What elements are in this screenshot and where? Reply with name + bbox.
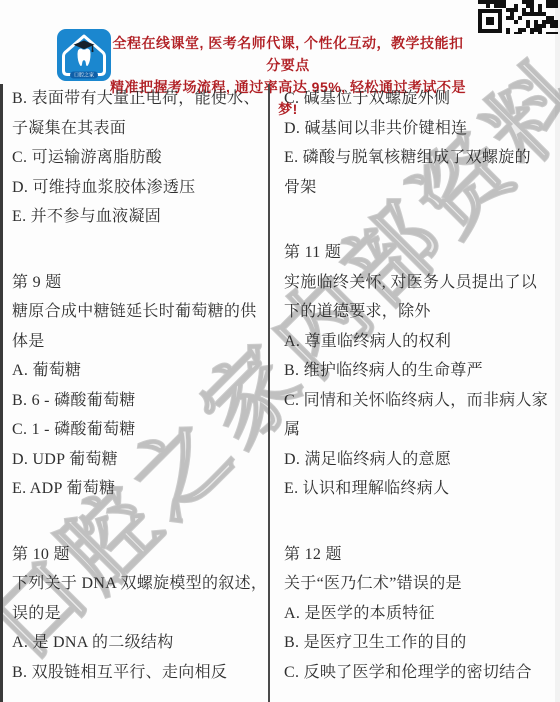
header-banner: 口腔之家 全程在线课堂, 医考名师代课, 个性化互动，教学技能扣分要点 精准把握…: [0, 0, 560, 85]
tooth-graduation-cap-logo-icon: 口腔之家: [57, 29, 111, 81]
question-line: 误的是: [12, 599, 260, 629]
question-line: 糖原合成中糖链延长时葡萄糖的供: [12, 297, 260, 327]
question-line: 实施临终关怀, 对医务人员提出了以: [284, 268, 554, 298]
question-line: A. 是医学的本质特征: [284, 599, 554, 629]
question-number: 第 12 题: [284, 540, 554, 570]
question-line: D. UDP 葡萄糖: [12, 445, 260, 475]
slogan-line-1: 全程在线课堂, 医考名师代课, 个性化互动，教学技能扣分要点: [110, 32, 466, 76]
right-column: C. 碱基位于双螺旋外侧D. 碱基间以非共价键相连E. 磷酸与脱氧核糖组成了双螺…: [270, 84, 560, 702]
question-line: E. 磷酸与脱氧核糖组成了双螺旋的: [284, 143, 554, 173]
qr-code-icon: [478, 0, 558, 34]
question-line: D. 可维持血浆胶体渗透压: [12, 173, 260, 203]
question-line: B. 表面带有大量正电荷，能使水、分: [12, 84, 260, 114]
question-block: B. 表面带有大量正电荷，能使水、分子凝集在其表面C. 可运输游离脂肪酸D. 可…: [12, 84, 260, 232]
question-line: 下的道德要求，除外: [284, 297, 554, 327]
question-line: B. 双股链相互平行、走向相反: [12, 658, 260, 688]
question-line: E. 并不参与血液凝固: [12, 202, 260, 232]
question-line: C. 同情和关怀临终病人，而非病人家: [284, 386, 554, 416]
question-line: C. 碱基位于双螺旋外侧: [284, 84, 554, 114]
question-line: B. 维护临终病人的生命尊严: [284, 356, 554, 386]
question-line: D. 碱基间以非共价键相连: [284, 114, 554, 144]
question-block: C. 碱基位于双螺旋外侧D. 碱基间以非共价键相连E. 磷酸与脱氧核糖组成了双螺…: [284, 84, 554, 202]
question-line: B. 6 - 磷酸葡萄糖: [12, 386, 260, 416]
question-line: 下列关于 DNA 双螺旋模型的叙述，错: [12, 569, 260, 599]
question-line: 关于“医乃仁术”错误的是: [284, 569, 554, 599]
question-line: C. 可运输游离脂肪酸: [12, 143, 260, 173]
question-block: 第 9 题糖原合成中糖链延长时葡萄糖的供体是A. 葡萄糖B. 6 - 磷酸葡萄糖…: [12, 268, 260, 504]
question-line: A. 是 DNA 的二级结构: [12, 628, 260, 658]
question-number: 第 10 题: [12, 540, 260, 570]
question-line: A. 尊重临终病人的权利: [284, 327, 554, 357]
question-line: 子凝集在其表面: [12, 114, 260, 144]
question-line: E. ADP 葡萄糖: [12, 474, 260, 504]
question-line: D. 满足临终病人的意愿: [284, 445, 554, 475]
question-number: 第 11 题: [284, 238, 554, 268]
question-block: 第 11 题实施临终关怀, 对医务人员提出了以下的道德要求，除外A. 尊重临终病…: [284, 238, 554, 504]
question-line: 体是: [12, 327, 260, 357]
question-line: C. 反映了医学和伦理学的密切结合: [284, 658, 554, 688]
question-line: A. 葡萄糖: [12, 356, 260, 386]
exam-sheet-page: 口腔之家内部资料 口腔之家 全程在线课堂, 医考名师代课, 个性化互动，教学技能…: [0, 0, 560, 702]
logo-ribbon-label: 口腔之家: [74, 72, 94, 79]
question-columns: B. 表面带有大量正电荷，能使水、分子凝集在其表面C. 可运输游离脂肪酸D. 可…: [0, 84, 560, 702]
left-column: B. 表面带有大量正电荷，能使水、分子凝集在其表面C. 可运输游离脂肪酸D. 可…: [3, 84, 270, 702]
question-block: 第 12 题关于“医乃仁术”错误的是A. 是医学的本质特征B. 是医疗卫生工作的…: [284, 540, 554, 688]
question-number: 第 9 题: [12, 268, 260, 298]
question-line: 骨架: [284, 173, 554, 203]
question-line: E. 认识和理解临终病人: [284, 474, 554, 504]
question-line: C. 1 - 磷酸葡萄糖: [12, 415, 260, 445]
question-line: 属: [284, 415, 554, 445]
question-block: 第 10 题下列关于 DNA 双螺旋模型的叙述，错误的是A. 是 DNA 的二级…: [12, 540, 260, 688]
question-line: B. 是医疗卫生工作的目的: [284, 628, 554, 658]
